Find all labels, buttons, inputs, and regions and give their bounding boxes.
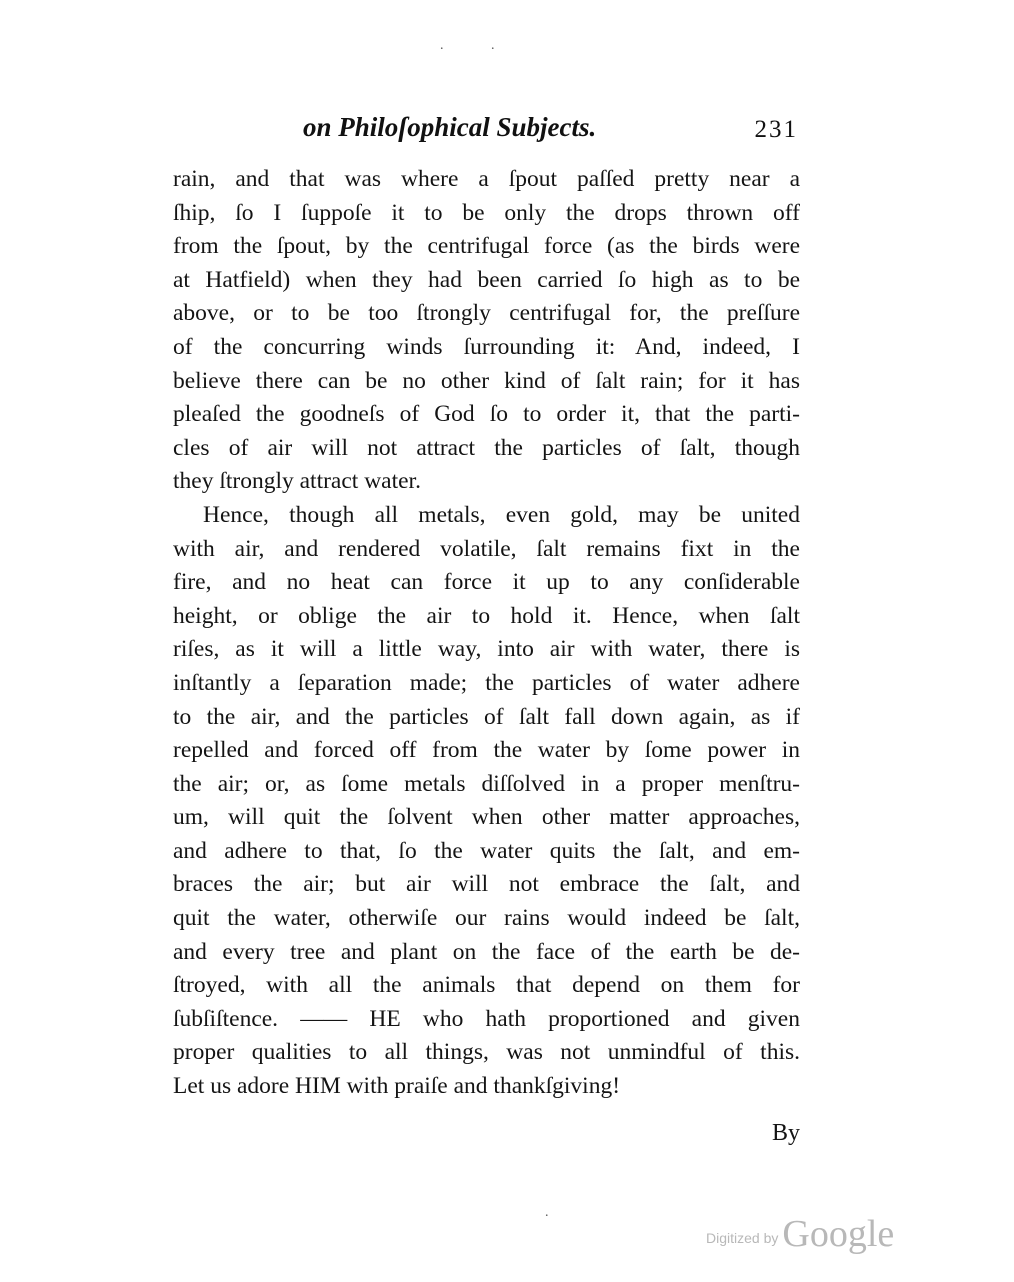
- body-text: rain, and that was where a ſpout paſſed …: [173, 163, 800, 1104]
- text-line: fire, and no heat can force it up to any…: [173, 566, 800, 600]
- text-line: of the concurring winds ſurrounding it: …: [173, 331, 800, 365]
- text-line: with air, and rendered volatile, ſalt re…: [173, 533, 800, 567]
- catchword: By: [772, 1120, 800, 1147]
- text-line: cles of air will not attract the particl…: [173, 432, 800, 466]
- digitized-by-google-watermark: Digitized by Google: [706, 1212, 894, 1256]
- text-line: above, or to be too ſtrongly centrifugal…: [173, 297, 800, 331]
- running-title: on Philoſophical Subjects.: [303, 112, 596, 143]
- paragraph-2: Hence, though all metals, even gold, may…: [173, 499, 800, 1104]
- text-line: they ſtrongly attract water.: [173, 465, 800, 499]
- text-line: inſtantly a ſeparation made; the particl…: [173, 667, 800, 701]
- google-logo: Google: [782, 1213, 894, 1255]
- scan-specks-bottom: .: [545, 1205, 549, 1221]
- text-line: rain, and that was where a ſpout paſſed …: [173, 163, 800, 197]
- text-line: riſes, as it will a little way, into air…: [173, 633, 800, 667]
- text-line: believe there can be no other kind of ſa…: [173, 365, 800, 399]
- page-number: 231: [755, 116, 799, 144]
- text-line: ſubſiſtence. —— HE who hath proportioned…: [173, 1003, 800, 1037]
- watermark-prefix: Digitized by: [706, 1230, 778, 1246]
- text-line: pleaſed the goodneſs of God ſo to order …: [173, 398, 800, 432]
- text-line: and adhere to that, ſo the water quits t…: [173, 835, 800, 869]
- text-line: repelled and forced off from the water b…: [173, 734, 800, 768]
- text-line: height, or oblige the air to hold it. He…: [173, 600, 800, 634]
- text-line: ſtroyed, with all the animals that depen…: [173, 969, 800, 1003]
- text-line: proper qualities to all things, was not …: [173, 1036, 800, 1070]
- text-line: to the air, and the particles of ſalt fa…: [173, 701, 800, 735]
- running-head: on Philoſophical Subjects. 231: [173, 112, 798, 152]
- text-line: braces the air; but air will not embrace…: [173, 868, 800, 902]
- text-line: Hence, though all metals, even gold, may…: [173, 499, 800, 533]
- text-line: the air; or, as ſome metals diſſolved in…: [173, 768, 800, 802]
- paragraph-1: rain, and that was where a ſpout paſſed …: [173, 163, 800, 499]
- text-line: and every tree and plant on the face of …: [173, 936, 800, 970]
- text-line: ſhip, ſo I ſuppoſe it to be only the dro…: [173, 197, 800, 231]
- text-line: Let us adore HIM with praiſe and thankſg…: [173, 1070, 800, 1104]
- book-page: . . on Philoſophical Subjects. 231 rain,…: [0, 0, 1014, 1282]
- text-line: um, will quit the ſolvent when other mat…: [173, 801, 800, 835]
- scan-specks-top: . .: [440, 38, 517, 54]
- text-line: quit the water, otherwiſe our rains woul…: [173, 902, 800, 936]
- text-line: from the ſpout, by the centrifugal force…: [173, 230, 800, 264]
- text-line: at Hatfield) when they had been carried …: [173, 264, 800, 298]
